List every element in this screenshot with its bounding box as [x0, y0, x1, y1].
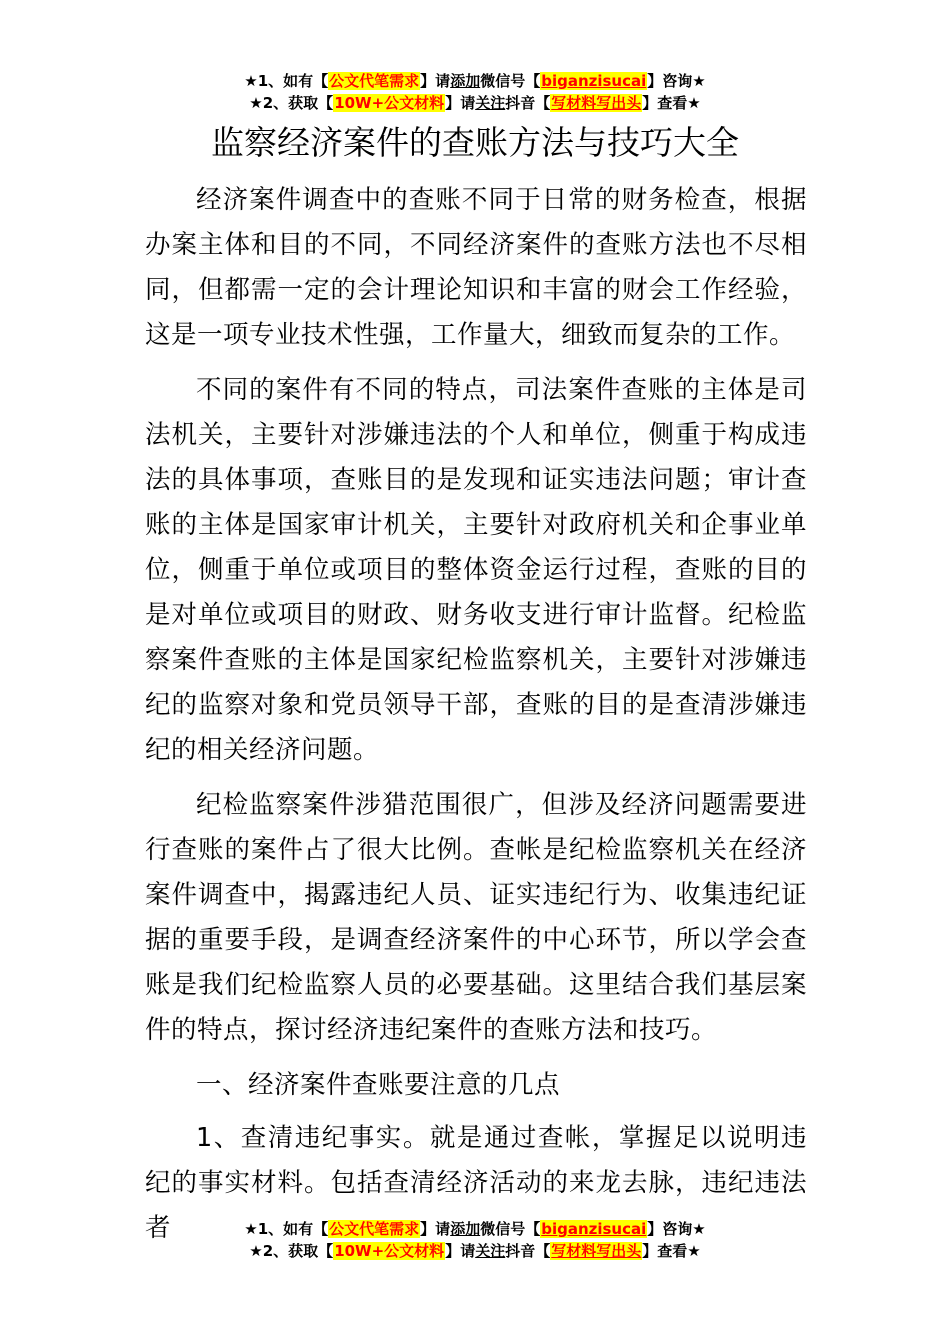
- promo-banner-top: ★1、如有【公文代笔需求】请添加微信号【biganzisucai】咨询★ ★2、…: [0, 70, 950, 114]
- paragraph-case-comparison: 不同的案件有不同的特点，司法案件查账的主体是司法机关，主要针对涉嫌违法的个人和单…: [145, 368, 807, 773]
- paragraph-importance: 纪检监察案件涉猎范围很广，但涉及经济问题需要进行查账的案件占了很大比例。查帐是纪…: [145, 783, 807, 1053]
- underlined-follow: 关注: [475, 94, 505, 112]
- underlined-follow: 关注: [475, 1242, 505, 1260]
- paragraph-intro: 经济案件调查中的查账不同于日常的财务检查，根据办案主体和目的不同，不同经济案件的…: [145, 178, 807, 358]
- promo-line-2: ★2、获取【10W+公文材料】请关注抖音【写材料写出头】查看★: [0, 1240, 950, 1262]
- highlight-materials: 10W+公文材料: [333, 1242, 445, 1260]
- underlined-add: 添加: [450, 1220, 480, 1238]
- highlight-ghostwriting: 公文代笔需求: [328, 72, 420, 90]
- underlined-add: 添加: [450, 72, 480, 90]
- document-title: 监察经济案件的查账方法与技巧大全: [0, 120, 950, 166]
- document-body: 经济案件调查中的查账不同于日常的财务检查，根据办案主体和目的不同，不同经济案件的…: [145, 178, 807, 1261]
- promo-line-2: ★2、获取【10W+公文材料】请关注抖音【写材料写出头】查看★: [0, 92, 950, 114]
- wechat-id-link[interactable]: biganzisucai: [540, 1220, 647, 1238]
- promo-line-1: ★1、如有【公文代笔需求】请添加微信号【biganzisucai】咨询★: [0, 70, 950, 92]
- douyin-account-link[interactable]: 写材料写出头: [550, 94, 642, 112]
- highlight-ghostwriting: 公文代笔需求: [328, 1220, 420, 1238]
- highlight-materials: 10W+公文材料: [333, 94, 445, 112]
- section-heading-1: 一、经济案件查账要注意的几点: [145, 1063, 807, 1108]
- douyin-account-link[interactable]: 写材料写出头: [550, 1242, 642, 1260]
- wechat-id-link[interactable]: biganzisucai: [540, 72, 647, 90]
- promo-banner-bottom: ★1、如有【公文代笔需求】请添加微信号【biganzisucai】咨询★ ★2、…: [0, 1218, 950, 1262]
- promo-line-1: ★1、如有【公文代笔需求】请添加微信号【biganzisucai】咨询★: [0, 1218, 950, 1240]
